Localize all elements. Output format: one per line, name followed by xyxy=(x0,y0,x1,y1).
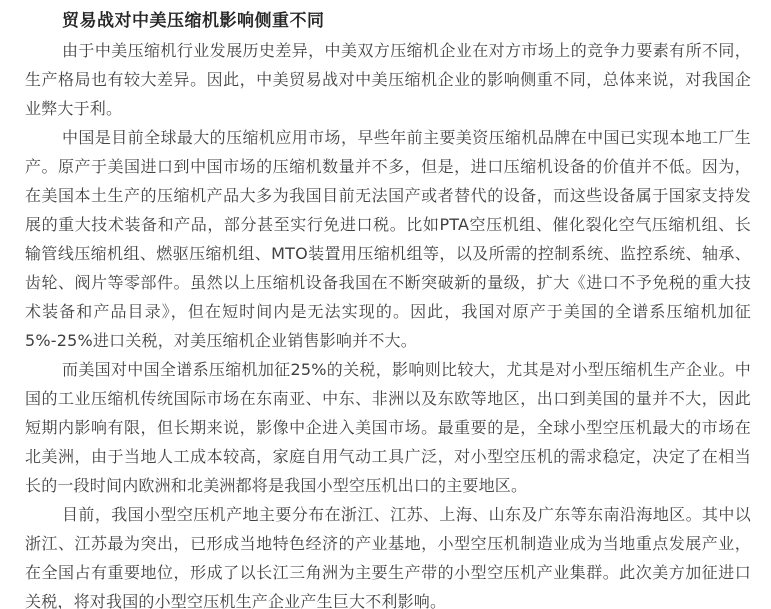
paragraph-us-tariff-impact: 而美国对中国全谱系压缩机加征25%的关税，影响则比较大，尤其是对小型压缩机生产企… xyxy=(25,355,751,500)
paragraph-domestic-production: 目前，我国小型空压机产地主要分布在浙江、江苏、上海、山东及广东等东南沿海地区。其… xyxy=(25,500,751,609)
article-title: 贸易战对中美压缩机影响侧重不同 xyxy=(25,6,751,36)
paragraph-intro: 由于中美压缩机行业发展历史差异，中美双方压缩机企业在对方市场上的竞争力要素有所不… xyxy=(25,36,751,123)
paragraph-china-market: 中国是目前全球最大的压缩机应用市场，早些年前主要美资压缩机品牌在中国已实现本地工… xyxy=(25,123,751,355)
article-body: 贸易战对中美压缩机影响侧重不同 由于中美压缩机行业发展历史差异，中美双方压缩机企… xyxy=(0,0,771,609)
